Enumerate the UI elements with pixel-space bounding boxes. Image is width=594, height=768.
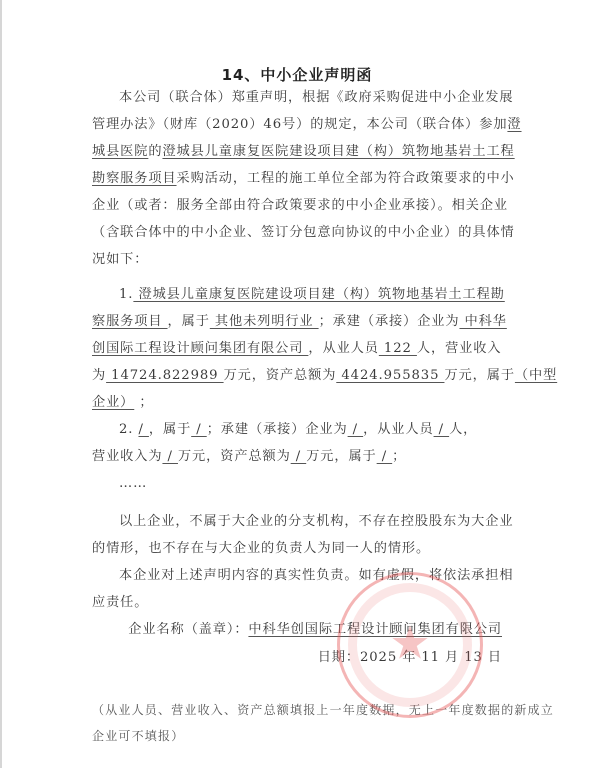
- item2-belongs-label: ，属于: [149, 422, 191, 437]
- para1-line5: 企业（或者：服务全部由符合政策要求的中小企业承接）。相关企业: [92, 196, 502, 216]
- item2-company-blank: /: [348, 422, 364, 437]
- item2-project-blank: /: [138, 422, 148, 437]
- para1-line1: 本公司（联合体）郑重声明，根据《政府采购促进中小企业发展: [92, 88, 502, 108]
- item1-line5: 企业） ；: [92, 393, 502, 413]
- item1-staff-label: ，从业人员: [308, 341, 378, 356]
- item2-size-label: 万元，属于: [306, 449, 376, 464]
- item1-number: 1.: [119, 287, 133, 302]
- project-name-cont: 勘察服务项目: [92, 171, 177, 186]
- item2-line1: 2. / ，属于 / ；承建（承接）企业为 / ，从业人员 / 人，: [92, 420, 502, 440]
- star-icon: ★: [389, 620, 430, 666]
- item1-belongs-label: ，属于: [168, 314, 210, 329]
- item1-line4: 为 14724.822989 万元，资产总额为 4424.955835 万元，属…: [92, 366, 502, 386]
- item2-industry-blank: /: [191, 422, 207, 437]
- para1-line4-text: 采购活动，工程的施工单位全部为符合政策要求的中小: [177, 171, 515, 186]
- item2-revenue-label: 营业收入为: [92, 449, 162, 464]
- item1-size: （中型: [515, 368, 557, 383]
- item2-line2: 营业收入为 / 万元，资产总额为 / 万元，属于 / ；: [92, 447, 502, 467]
- item1-assets: 4424.955835: [336, 368, 444, 383]
- item2-number: 2.: [119, 422, 133, 437]
- project-name: 澄城县儿童康复医院建设项目建（构）筑物地基岩土工程: [162, 144, 514, 159]
- item1-revenue-label: 人，营业收入: [417, 341, 502, 356]
- item2-staff-label: ，从业人员: [363, 422, 433, 437]
- item1-revenue-prefix: 为: [92, 368, 106, 383]
- item2-people: 人，: [449, 422, 477, 437]
- signature-label: 企业名称（盖章）：: [128, 622, 248, 637]
- item1-end: ；: [134, 395, 153, 410]
- item2-end: ；: [392, 449, 406, 464]
- item1-line1: 1. 澄城县儿童康复医院建设项目建（构）筑物地基岩土工程勘: [92, 285, 502, 305]
- item1-assets-label: 万元，资产总额为: [224, 368, 337, 383]
- item1-size-cont: 企业）: [92, 395, 134, 410]
- item2-assets-blank: /: [291, 449, 307, 464]
- para1-line3: 城县医院的澄城县儿童康复医院建设项目建（构）筑物地基岩土工程: [92, 142, 502, 162]
- para1-line6: （含联合体中的中小企业、签订分包意向协议的中小企业）的具体情: [92, 223, 502, 243]
- para1-line2: 管理办法》（财库（2020）46号）的规定，本公司（联合体）参加澄: [92, 115, 502, 135]
- item1-company-cont: 创国际工程设计顾问集团有限公司: [92, 341, 308, 356]
- para2-line2: 的情形，也不存在与大企业的负责人为同一人的情形。: [92, 539, 502, 559]
- para2-line1: 以上企业，不属于大企业的分支机构，不存在控股股东为大企业: [92, 512, 502, 532]
- item2-staff-blank: /: [434, 422, 450, 437]
- company-seal: ★: [337, 572, 483, 718]
- text-de: 的: [148, 144, 162, 159]
- page-edge: [0, 0, 2, 768]
- item1-project-cont: 察服务项目: [92, 314, 168, 329]
- item2-revenue-blank: /: [162, 449, 178, 464]
- ellipsis: ……: [92, 474, 502, 494]
- item1-contractor-label: ；承建（承接）企业为: [319, 314, 460, 329]
- footnote-line2: 企业可不填报）: [92, 726, 502, 746]
- item1-industry: 其他未列明行业: [210, 314, 319, 329]
- item2-size-blank: /: [377, 449, 393, 464]
- purchaser-name: 城县医院: [92, 144, 148, 159]
- item1-staff: 122: [379, 341, 417, 356]
- item2-assets-label: 万元，资产总额为: [178, 449, 291, 464]
- item1-line3: 创国际工程设计顾问集团有限公司 ，从业人员 122 人，营业收入: [92, 339, 502, 359]
- item1-project: 澄城县儿童康复医院建设项目建（构）筑物地基岩土工程勘: [133, 287, 504, 302]
- para1-line7: 况如下：: [92, 250, 502, 270]
- para1-line4: 勘察服务项目采购活动，工程的施工单位全部为符合政策要求的中小: [92, 169, 502, 189]
- item1-size-label: 万元，属于: [444, 368, 514, 383]
- item1-company: 中科华: [459, 314, 506, 329]
- item1-revenue: 14724.822989: [106, 368, 223, 383]
- para1-line2-text: 管理办法》（财库（2020）46号）的规定，本公司（联合体）参加: [92, 117, 507, 132]
- document-title: 14、中小企业声明函: [92, 64, 502, 85]
- purchaser-name-part: 澄: [507, 117, 521, 132]
- item2-contractor-label: ；承建（承接）企业为: [207, 422, 348, 437]
- item1-line2: 察服务项目 ，属于 其他未列明行业 ；承建（承接）企业为 中科华: [92, 312, 502, 332]
